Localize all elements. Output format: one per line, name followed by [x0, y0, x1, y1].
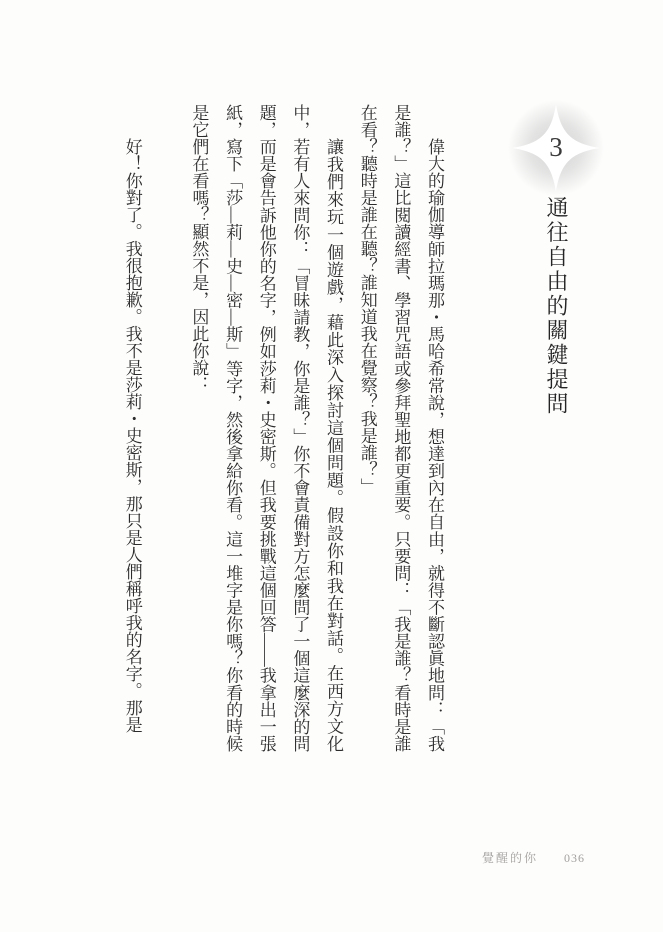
- paragraph-1: 偉大的瑜伽導師拉瑪那・馬哈希常說，想達到內在自由，就得不斷認眞地問：「我是誰？」…: [350, 104, 451, 752]
- body-text: 偉大的瑜伽導師拉瑪那・馬哈希常說，想達到內在自由，就得不斷認眞地問：「我是誰？」…: [115, 104, 451, 752]
- running-book-title: 覺醒的你: [482, 851, 538, 865]
- page-footer: 覺醒的你036: [482, 849, 585, 866]
- chapter-title: 通往自由的關鍵提問: [541, 196, 572, 417]
- paragraph-3-quote: 好！你對了。我很抱歉。我不是莎莉・史密斯，那只是人們稱呼我的名字。那是: [115, 104, 149, 752]
- book-page: 3 通往自由的關鍵提問 偉大的瑜伽導師拉瑪那・馬哈希常說，想達到內在自由，就得不…: [0, 0, 663, 932]
- page-number: 036: [564, 851, 585, 865]
- paragraph-2: 讓我們來玩一個遊戲，藉此深入探討這個問題。假設你和我在對話。在西方文化中，若有人…: [182, 104, 350, 752]
- chapter-number: 3: [508, 100, 604, 196]
- chapter-ornament: 3: [508, 100, 604, 196]
